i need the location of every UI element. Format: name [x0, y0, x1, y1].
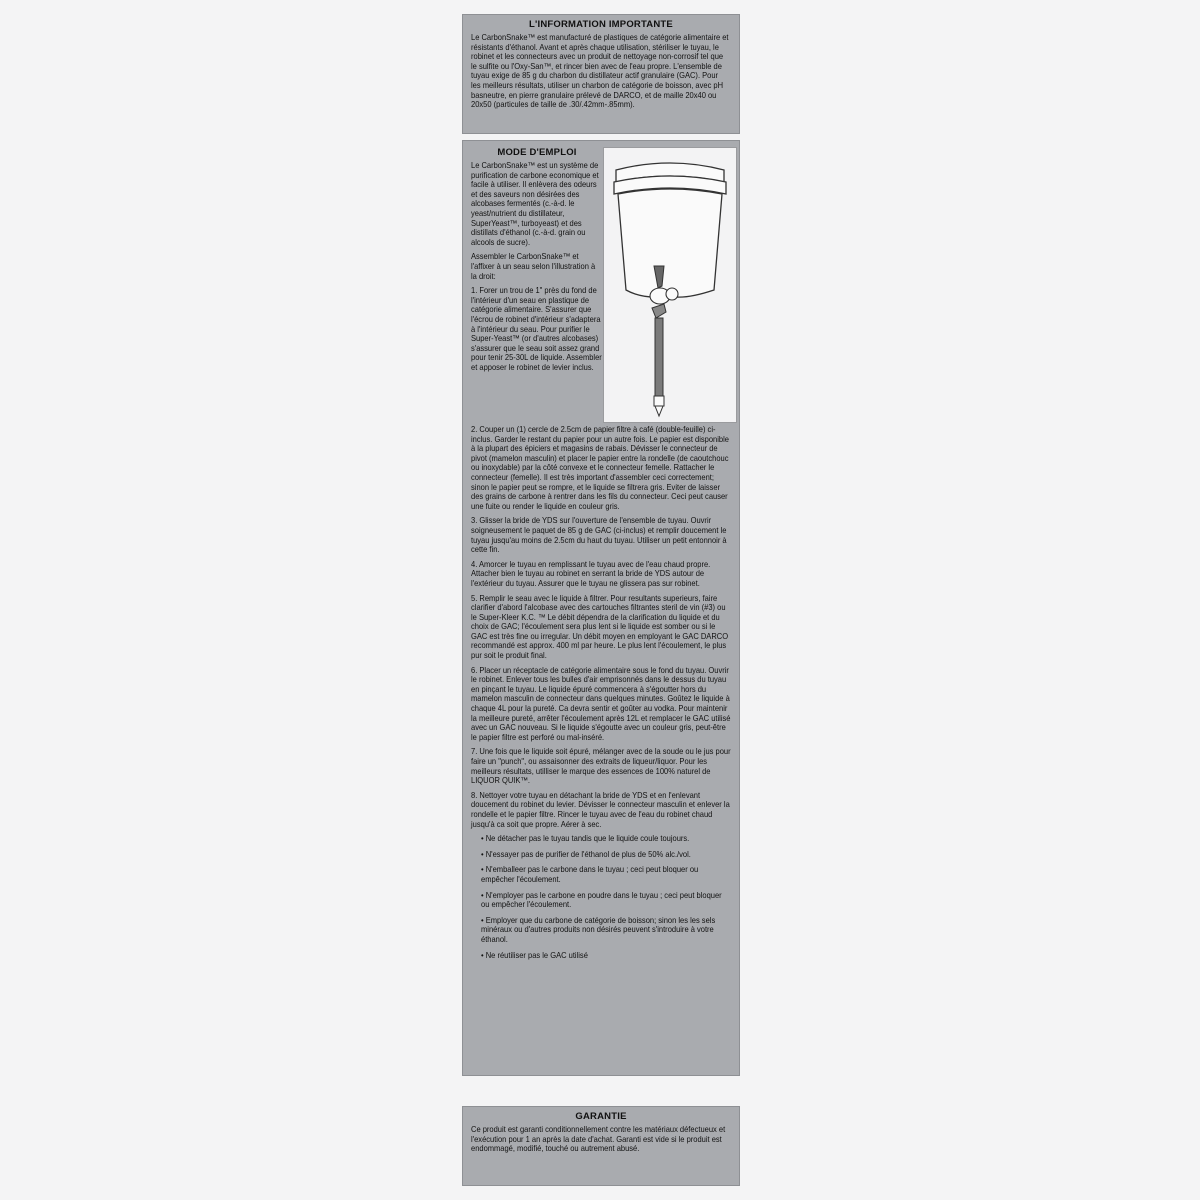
- intro-text: Le CarbonSnake™ est un système de purifi…: [471, 161, 602, 247]
- step-4: 4. Amorcer le tuyau en remplissant le tu…: [471, 560, 731, 589]
- step-5: 5. Remplir le seau avec le liquide à fil…: [471, 594, 731, 661]
- step-2: 2. Couper un (1) cercle de 2.5cm de papi…: [471, 425, 731, 511]
- step-8: 8. Nettoyer votre tuyau en détachant la …: [471, 791, 731, 829]
- bucket-illustration: [603, 147, 737, 423]
- guarantee-body: Ce produit est garanti conditionnellemen…: [471, 1125, 729, 1154]
- assemble-text: Assembler le CarbonSnake™ et l'affixer à…: [471, 252, 602, 281]
- instructions-intro: MODE D'EMPLOI Le CarbonSnake™ est un sys…: [471, 147, 603, 377]
- warning-item: Employer que du carbone de catégorie de …: [481, 916, 731, 945]
- warning-item: N'essayer pas de purifier de l'éthanol d…: [481, 850, 731, 860]
- guarantee-title: GARANTIE: [471, 1111, 731, 1122]
- step-6: 6. Placer un réceptacle de catégorie ali…: [471, 666, 731, 743]
- warning-item: Ne réutiliser pas le GAC utilisé: [481, 951, 731, 961]
- mode-title: MODE D'EMPLOI: [471, 147, 603, 158]
- guarantee-panel: GARANTIE Ce produit est garanti conditio…: [462, 1106, 740, 1186]
- info-body: Le CarbonSnake™ est manufacturé de plast…: [471, 33, 729, 110]
- warning-item: N'employer pas le carbone en poudre dans…: [481, 891, 731, 910]
- step-3: 3. Glisser la bride de YDS sur l'ouvertu…: [471, 516, 731, 554]
- instructions-panel: MODE D'EMPLOI Le CarbonSnake™ est un sys…: [462, 140, 740, 1076]
- bucket-filter-icon: [604, 148, 736, 422]
- step-1: 1. Forer un trou de 1" près du fond de l…: [471, 286, 602, 372]
- step-7: 7. Une fois que le liquide soit épuré, m…: [471, 747, 731, 785]
- instruction-steps: 2. Couper un (1) cercle de 2.5cm de papi…: [471, 425, 733, 966]
- important-info-panel: L'INFORMATION IMPORTANTE Le CarbonSnake™…: [462, 14, 740, 134]
- info-title: L'INFORMATION IMPORTANTE: [471, 19, 731, 30]
- warning-item: Ne détacher pas le tuyau tandis que le l…: [481, 834, 731, 844]
- warnings-list: Ne détacher pas le tuyau tandis que le l…: [471, 834, 733, 960]
- warning-item: N'emballeer pas le carbone dans le tuyau…: [481, 865, 731, 884]
